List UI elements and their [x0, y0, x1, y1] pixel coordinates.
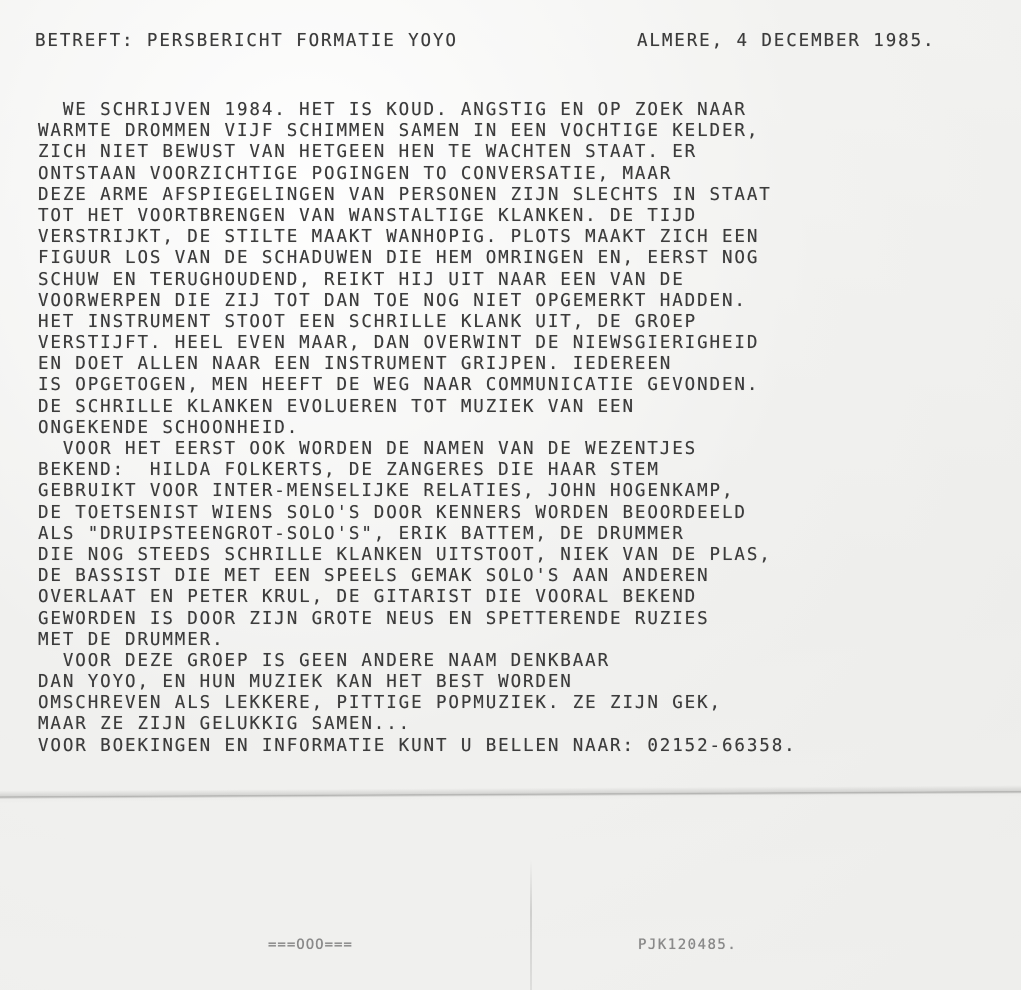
- body-line: ZICH NIET BEWUST VAN HETGEEN HEN TE WACH…: [38, 142, 797, 163]
- body-line: IS OPGETOGEN, MEN HEEFT DE WEG NAAR COMM…: [38, 375, 797, 396]
- body-line: VOOR HET EERST OOK WORDEN DE NAMEN VAN D…: [38, 439, 797, 460]
- body-line: FIGUUR LOS VAN DE SCHADUWEN DIE HEM OMRI…: [38, 248, 797, 269]
- body-line: OVERLAAT EN PETER KRUL, DE GITARIST DIE …: [38, 587, 797, 608]
- body-line: TOT HET VOORTBRENGEN VAN WANSTALTIGE KLA…: [38, 206, 797, 227]
- body-line: HET INSTRUMENT STOOT EEN SCHRILLE KLANK …: [38, 312, 797, 333]
- body-line: DIE NOG STEEDS SCHRILLE KLANKEN UITSTOOT…: [38, 545, 797, 566]
- body-line: ONTSTAAN VOORZICHTIGE POGINGEN TO CONVER…: [38, 164, 797, 185]
- letter-date: ALMERE, 4 DECEMBER 1985.: [637, 30, 935, 52]
- body-line: VERSTRIJKT, DE STILTE MAAKT WANHOPIG. PL…: [38, 227, 797, 248]
- letter-subject: BETREFT: PERSBERICHT FORMATIE YOYO: [35, 30, 458, 52]
- body-line: GEWORDEN IS DOOR ZIJN GROTE NEUS EN SPET…: [38, 609, 797, 630]
- body-line: ONGEKENDE SCHOONHEID.: [38, 418, 797, 439]
- document-reference: PJK120485.: [638, 934, 737, 956]
- body-line: DE BASSIST DIE MET EEN SPEELS GEMAK SOLO…: [38, 566, 797, 587]
- body-line: GEBRUIKT VOOR INTER-MENSELIJKE RELATIES,…: [38, 481, 797, 502]
- body-line: DE SCHRILLE KLANKEN EVOLUEREN TOT MUZIEK…: [38, 397, 797, 418]
- body-line: MET DE DRUMMER.: [38, 630, 797, 651]
- body-line: VERSTIJFT. HEEL EVEN MAAR, DAN OVERWINT …: [38, 333, 797, 354]
- body-line: VOOR DEZE GROEP IS GEEN ANDERE NAAM DENK…: [38, 651, 797, 672]
- body-line: VOORWERPEN DIE ZIJ TOT DAN TOE NOG NIET …: [38, 291, 797, 312]
- body-line: BEKEND: HILDA FOLKERTS, DE ZANGERES DIE …: [38, 460, 797, 481]
- body-line: ALS "DRUIPSTEENGROT-SOLO'S", ERIK BATTEM…: [38, 524, 797, 545]
- body-line: DAN YOYO, EN HUN MUZIEK KAN HET BEST WOR…: [38, 672, 797, 693]
- body-line: WE SCHRIJVEN 1984. HET IS KOUD. ANGSTIG …: [38, 100, 797, 121]
- paper-fold-vertical: [530, 860, 532, 990]
- end-separator: ===OOO===: [268, 934, 353, 956]
- body-line: VOOR BOEKINGEN EN INFORMATIE KUNT U BELL…: [38, 736, 797, 757]
- press-release-body: WE SCHRIJVEN 1984. HET IS KOUD. ANGSTIG …: [38, 100, 797, 757]
- body-line: OMSCHREVEN ALS LEKKERE, PITTIGE POPMUZIE…: [38, 693, 797, 714]
- body-line: SCHUW EN TERUGHOUDEND, REIKT HIJ UIT NAA…: [38, 270, 797, 291]
- body-line: DEZE ARME AFSPIEGELINGEN VAN PERSONEN ZI…: [38, 185, 797, 206]
- body-line: EN DOET ALLEN NAAR EEN INSTRUMENT GRIJPE…: [38, 354, 797, 375]
- body-line: MAAR ZE ZIJN GELUKKIG SAMEN...: [38, 714, 797, 735]
- body-line: DE TOETSENIST WIENS SOLO'S DOOR KENNERS …: [38, 503, 797, 524]
- body-line: WARMTE DROMMEN VIJF SCHIMMEN SAMEN IN EE…: [38, 121, 797, 142]
